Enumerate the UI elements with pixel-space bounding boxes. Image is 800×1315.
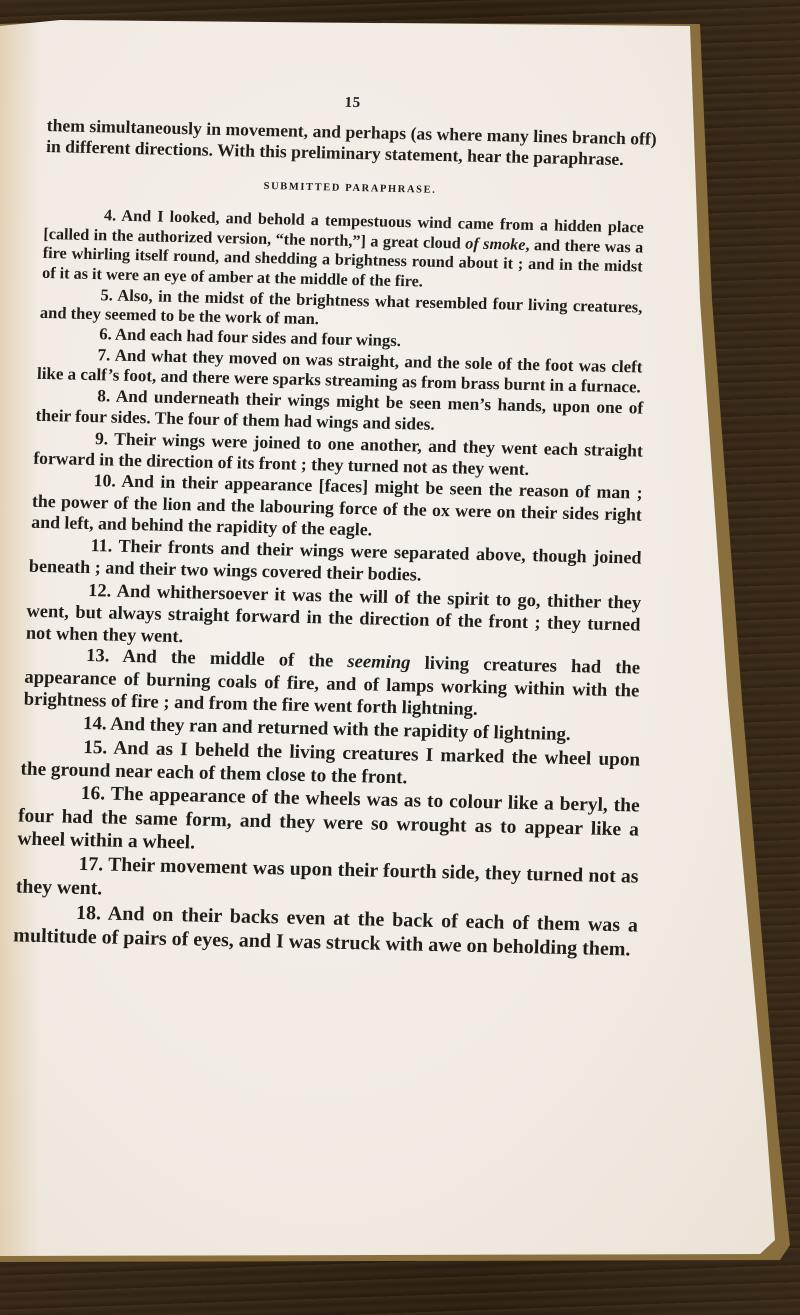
section-heading: SUBMITTED PARAPHRASE. — [45, 176, 655, 201]
page-text-block: 15 them simultaneously in movement, and … — [21, 88, 658, 962]
verse-number: 7. — [97, 345, 115, 364]
verse-4: 4. And I looked, and behold a tempestuou… — [42, 205, 644, 297]
verse-text: And whithersoever it was the will of the… — [26, 580, 642, 646]
book-page: 15 them simultaneously in movement, and … — [0, 0, 800, 1315]
verse-text: And the middle of the — [122, 646, 348, 672]
verse-list: 4. And I looked, and behold a tempestuou… — [21, 205, 654, 961]
verse-number: 14. — [83, 713, 111, 735]
verse-number: 11. — [90, 535, 119, 556]
intro-paragraph: them simultaneously in movement, and per… — [46, 115, 657, 170]
verse-number: 15. — [83, 737, 114, 759]
verse-number: 10. — [93, 470, 121, 491]
verse-number: 9. — [95, 428, 115, 448]
verse-number: 17. — [78, 853, 108, 876]
verse-number: 18. — [76, 902, 108, 925]
verse-italic-text: of smoke — [465, 234, 526, 253]
verse-number: 16. — [81, 783, 112, 805]
verse-number: 12. — [88, 580, 117, 601]
verse-number: 6. — [99, 325, 115, 344]
verse-number: 13. — [86, 645, 123, 667]
page-number: 15 — [47, 88, 657, 119]
verse-text: The appearance of the wheels was as to c… — [17, 784, 640, 854]
verse-number: 5. — [100, 285, 117, 304]
verse-number: 4. — [104, 206, 122, 224]
verse-italic-text: seeming — [347, 651, 411, 673]
verse-text: And in their appearance [faces] might be… — [31, 471, 643, 540]
verse-number: 8. — [97, 386, 116, 405]
